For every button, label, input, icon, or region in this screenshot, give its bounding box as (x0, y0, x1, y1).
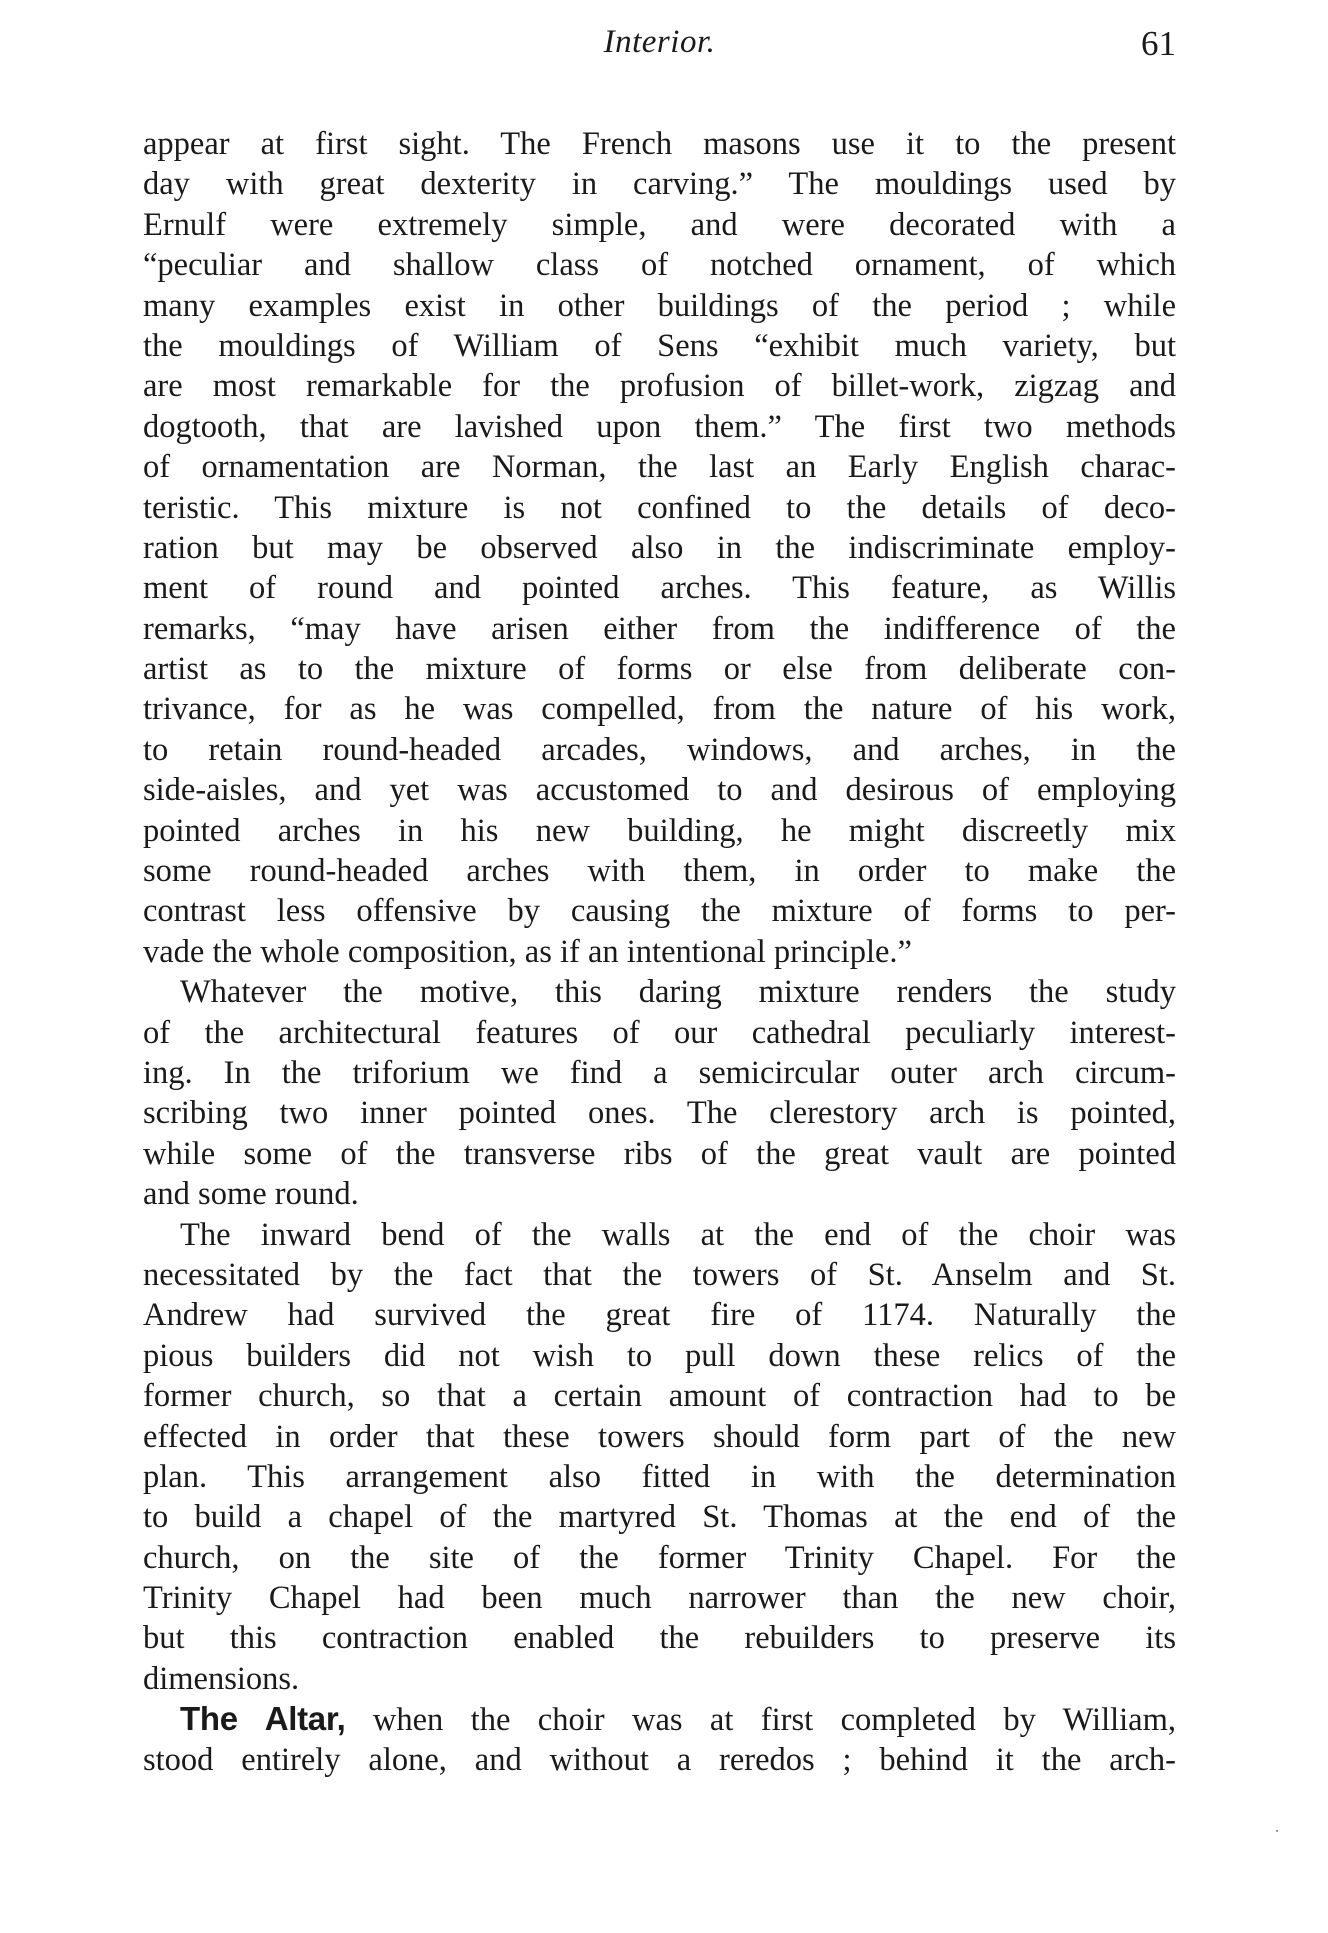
text-line: the mouldings of William of Sens “exhibi… (143, 326, 1176, 366)
text-line: appear at first sight. The French masons… (143, 124, 1176, 164)
text-line: but this contraction enabled the rebuild… (143, 1618, 1176, 1658)
text-line: side-aisles, and yet was accustomed to a… (143, 770, 1176, 810)
text-line: dogtooth, that are lavished upon them.” … (143, 407, 1176, 447)
text-line: pointed arches in his new building, he m… (143, 811, 1176, 851)
text-line: former church, so that a certain amount … (143, 1376, 1176, 1416)
text-line: while some of the transverse ribs of the… (143, 1134, 1176, 1174)
text-line: day with great dexterity in carving.” Th… (143, 164, 1176, 204)
text-line: The Altar, when the choir was at first c… (143, 1699, 1176, 1739)
text-run: when the choir was at first completed by… (345, 1702, 1176, 1738)
text-line: contrast less offensive by causing the m… (143, 891, 1176, 931)
running-title: Interior. (143, 24, 1176, 61)
text-line: remarks, “may have arisen either from th… (143, 609, 1176, 649)
text-line: pious builders did not wish to pull down… (143, 1336, 1176, 1376)
paragraph-altar: The Altar, when the choir was at first c… (143, 1699, 1176, 1780)
text-line: ration but may be observed also in the i… (143, 528, 1176, 568)
page-header: Interior. 61 (143, 18, 1176, 68)
body-text: appear at first sight. The French masons… (143, 124, 1176, 1780)
text-line: “peculiar and shallow class of notched o… (143, 245, 1176, 285)
text-line: of the architectural features of our cat… (143, 1013, 1176, 1053)
text-line: scribing two inner pointed ones. The cle… (143, 1093, 1176, 1133)
text-line: Andrew had survived the great fire of 11… (143, 1295, 1176, 1335)
text-line: effected in order that these towers shou… (143, 1417, 1176, 1457)
text-line: Trinity Chapel had been much narrower th… (143, 1578, 1176, 1618)
text-line: are most remarkable for the profusion of… (143, 366, 1176, 406)
paragraph-inward-bend: The inward bend of the walls at the end … (143, 1215, 1176, 1700)
text-line: some round-headed arches with them, in o… (143, 851, 1176, 891)
text-line: ing. In the triforium we find a semicirc… (143, 1053, 1176, 1093)
text-line: of ornamentation are Norman, the last an… (143, 447, 1176, 487)
text-line: artist as to the mixture of forms or els… (143, 649, 1176, 689)
text-line: many examples exist in other buildings o… (143, 286, 1176, 326)
text-line: The inward bend of the walls at the end … (143, 1215, 1176, 1255)
scan-speck (1276, 1830, 1278, 1832)
text-line: necessitated by the fact that the towers… (143, 1255, 1176, 1295)
text-line: and some round. (143, 1174, 1176, 1214)
text-line: church, on the site of the former Trinit… (143, 1538, 1176, 1578)
text-line: ment of round and pointed arches. This f… (143, 568, 1176, 608)
text-line: stood entirely alone, and without a rere… (143, 1740, 1176, 1780)
text-line: teristic. This mixture is not confined t… (143, 488, 1176, 528)
text-line: trivance, for as he was compelled, from … (143, 689, 1176, 729)
text-line: Ernulf were extremely simple, and were d… (143, 205, 1176, 245)
text-line: plan. This arrangement also fitted in wi… (143, 1457, 1176, 1497)
text-line: to retain round-headed arcades, windows,… (143, 730, 1176, 770)
section-sidehead: The Altar, (180, 1700, 345, 1737)
paragraph-triforium: Whatever the motive, this daring mixture… (143, 972, 1176, 1214)
text-line: Whatever the motive, this daring mixture… (143, 972, 1176, 1012)
text-line: to build a chapel of the martyred St. Th… (143, 1497, 1176, 1537)
text-line: vade the whole composition, as if an int… (143, 932, 1176, 972)
page-number: 61 (1141, 24, 1176, 64)
paragraph-mouldings: appear at first sight. The French masons… (143, 124, 1176, 972)
text-line: dimensions. (143, 1659, 1176, 1699)
